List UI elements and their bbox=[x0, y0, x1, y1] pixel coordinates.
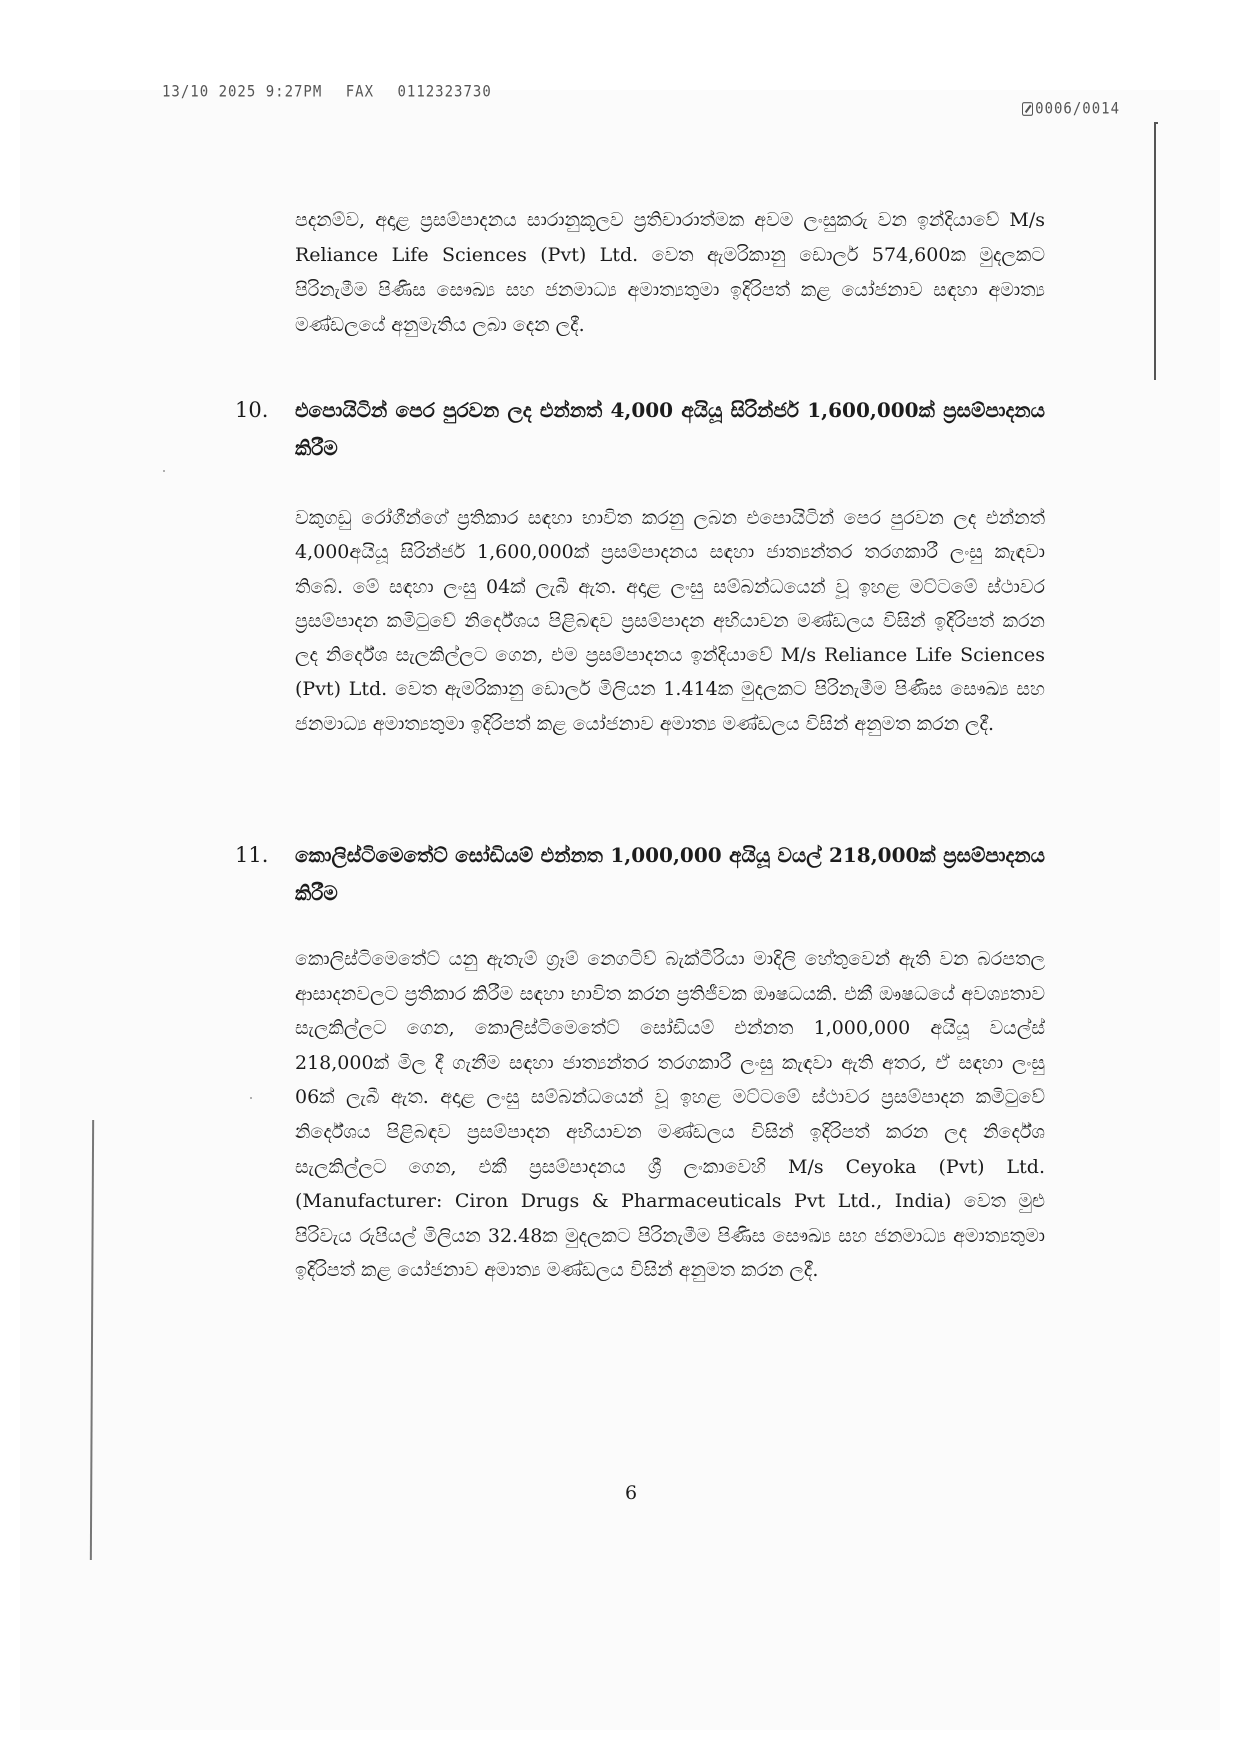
intro-paragraph: පදනම්ව, අදාළ ප්‍රසම්පාදනය සාරානුකූලව ප්‍… bbox=[295, 203, 1045, 343]
section-10-title: එපොයිටින් පෙර පුරවන ලද එන්නත් 4,000 අයිය… bbox=[295, 391, 1045, 467]
section-11-title: කොලිස්ටිමෙතේට් සෝඩියම් එන්නත 1,000,000 අ… bbox=[295, 836, 1045, 912]
fax-page-counter: 0006/0014 bbox=[1022, 100, 1120, 118]
scan-speck bbox=[163, 470, 165, 472]
section-10-number: 10. bbox=[235, 391, 295, 467]
section-10-body: වකුගඩු රෝගීන්ගේ ප්‍රතිකාර සඳහා භාවිත කරන… bbox=[295, 501, 1045, 741]
checkbox-icon bbox=[1022, 102, 1033, 116]
page-number: 6 bbox=[625, 1482, 637, 1504]
section-11-body: කොලිස්ටිමෙතේට් යනු ඇතැම් ග්‍රෑම් නෙගටිව්… bbox=[295, 942, 1045, 1288]
scan-speck bbox=[250, 1097, 252, 1099]
section-10-heading: 10. එපොයිටින් පෙර පුරවන ලද එන්නත් 4,000 … bbox=[235, 391, 1045, 467]
fax-page-counter-text: 0006/0014 bbox=[1035, 100, 1120, 118]
section-11-number: 11. bbox=[235, 836, 295, 912]
fax-header: 13/10 2025 9:27PM FAX 0112323730 bbox=[162, 83, 506, 101]
fax-number: 0112323730 bbox=[397, 83, 491, 101]
fax-label: FAX bbox=[346, 83, 374, 101]
scan-edge-line-right bbox=[1154, 122, 1156, 380]
fax-datetime: 13/10 2025 9:27PM bbox=[162, 83, 322, 101]
section-11-heading: 11. කොලිස්ටිමෙතේට් සෝඩියම් එන්නත 1,000,0… bbox=[235, 836, 1045, 912]
